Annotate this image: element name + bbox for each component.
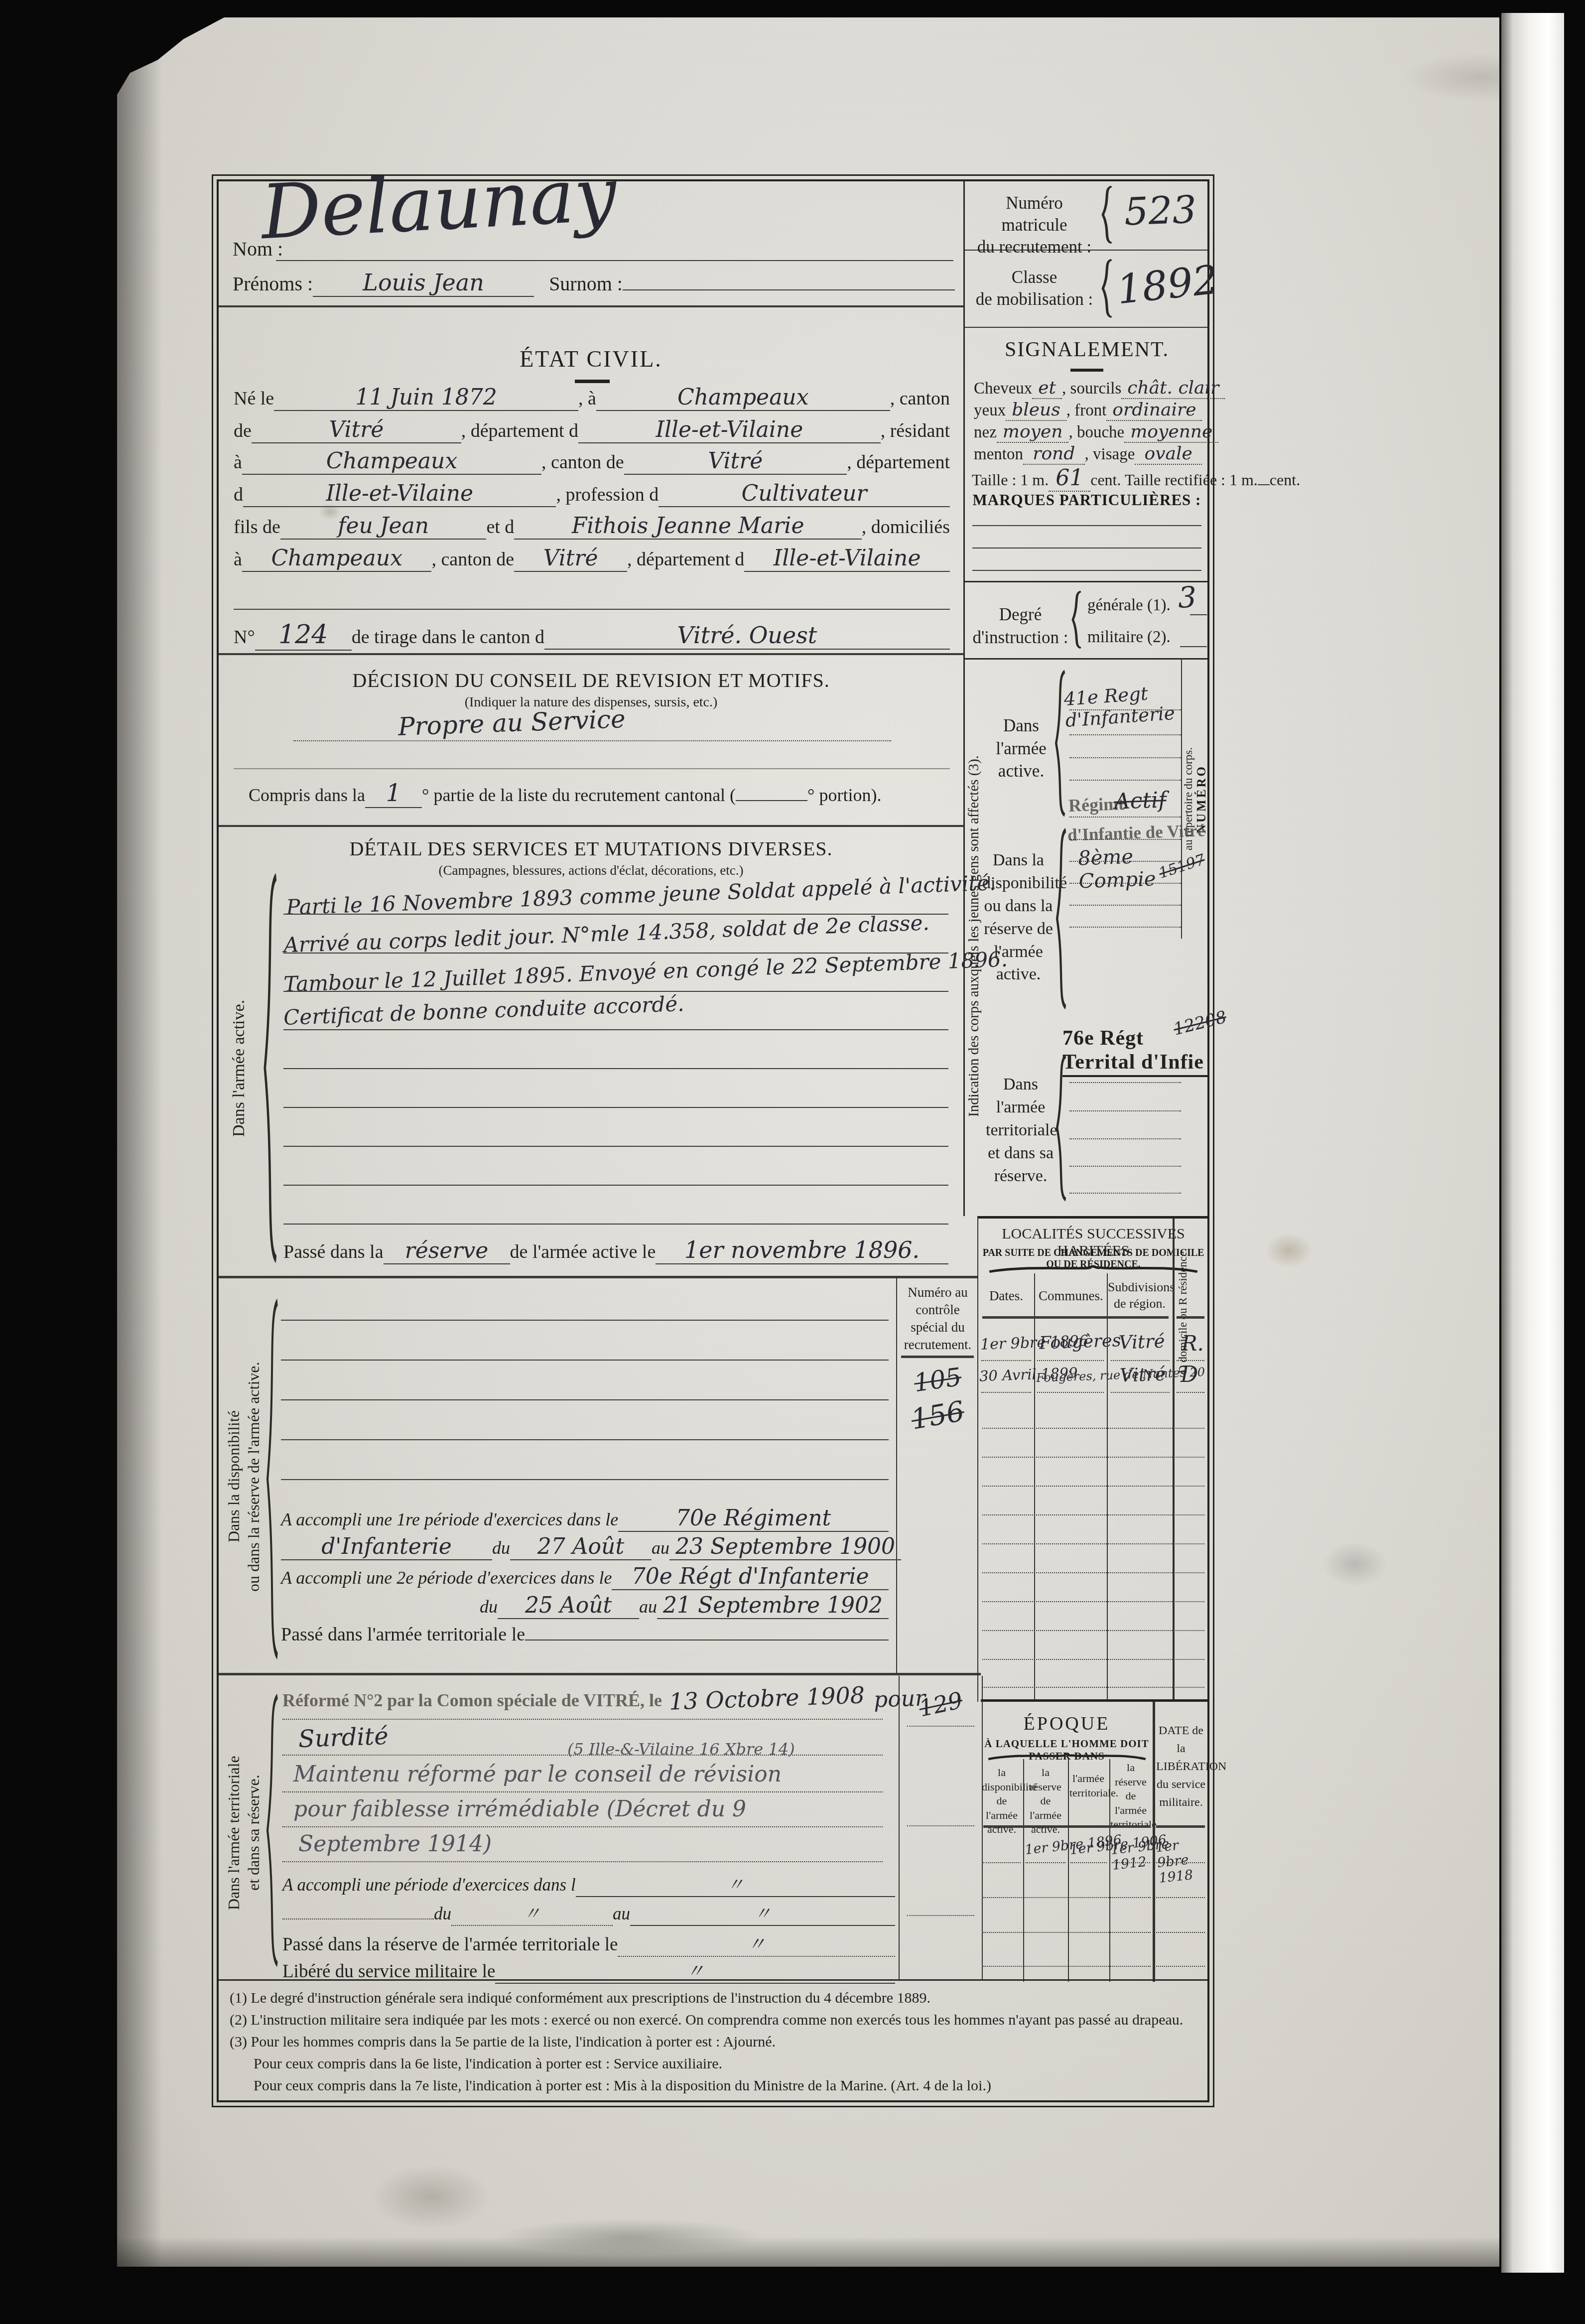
ruled-line (1111, 1360, 1170, 1361)
field-label: , résidant (881, 420, 950, 442)
ruled-line (1180, 646, 1207, 647)
periode2-start: 25 Août (498, 1593, 639, 1619)
field-label: , département d (461, 420, 578, 442)
blank-line: 〃 (451, 1900, 613, 1926)
passe-reserve-row: Passé dans la réserve de l'armée active … (283, 1236, 948, 1264)
mother-name: Fithois Jeanne Marie (514, 513, 861, 540)
etat-civil-line: de Vitré , département d Ille-et-Vilaine… (234, 417, 950, 443)
blank-line: 〃 (630, 1900, 895, 1926)
periode2-end: 21 Septembre 1902 (657, 1593, 889, 1619)
col-subdiv-header: Subdivisions de région. (1108, 1279, 1172, 1312)
scan-background: { "header":{"nom_label":"Nom :","nom_val… (0, 0, 1585, 2324)
epoque-date-header: DATE de la LIBÉRATION du service militai… (1156, 1722, 1206, 1811)
parents-domicile: Champeaux (242, 546, 432, 572)
ruled-line (1069, 817, 1181, 818)
stain (501, 2219, 760, 2254)
ruled-line (982, 1428, 1204, 1429)
right-column: Numéro matriculedu recrutement : 523 Cla… (963, 181, 1209, 1216)
ruled-line (282, 1791, 883, 1792)
periode2-row: A accompli une 2e période d'exercices da… (281, 1564, 889, 1590)
terr-vlabel-2: et dans sa réserve. (245, 1701, 263, 1965)
ruled-line (907, 1825, 974, 1826)
field-label: ° partie de la liste du recrutement cant… (422, 785, 736, 806)
epoque-col3-header: l'armée territoriale. (1069, 1772, 1107, 1800)
field-label: de l'armée active le (510, 1241, 656, 1263)
corps-terr-label: Dans l'armée territoriale et dans sa rés… (986, 1073, 1056, 1187)
height-label: Taille : 1 m. (972, 471, 1049, 489)
ruled-line (1069, 757, 1181, 758)
field-value: moyen (997, 421, 1069, 443)
ruled-line (1112, 1862, 1150, 1863)
birth-date: 11 Juin 1872 (274, 385, 578, 411)
section-separator (219, 653, 963, 655)
compris-row: Compris dans la 1 ° partie de la liste d… (249, 779, 941, 808)
reforme-maintenu-1: Maintenu réformé par le conseil de révis… (293, 1762, 782, 1787)
ruled-line (1156, 1932, 1205, 1933)
field-label: , canton de (431, 548, 514, 570)
field-label: fils de (234, 516, 280, 538)
ruled-line (1037, 1360, 1104, 1361)
section-separator (219, 1673, 981, 1675)
field-label: , département (847, 451, 950, 473)
book-page-edge (1501, 13, 1564, 2273)
field-value: ovale (1135, 443, 1202, 465)
birth-place: Champeaux (596, 385, 890, 411)
blank-line: 〃 (576, 1871, 895, 1897)
column-divider (1023, 1759, 1024, 1982)
ruled-line (982, 1572, 1204, 1573)
etat-civil-line: à Champeaux , canton de Vitré , départem… (234, 448, 950, 475)
field-label: au (652, 1537, 669, 1558)
brace-icon (1100, 259, 1113, 318)
field-label: , canton de (541, 451, 624, 473)
ruled-line (1156, 1897, 1205, 1898)
ruled-line (981, 1360, 1031, 1361)
ruled-line (234, 768, 950, 769)
field-label: , domiciliés (862, 516, 950, 538)
signalement-row: Cheveux et , sourcils chât. clair (974, 378, 1202, 399)
ruled-line (1156, 1862, 1205, 1863)
ruled-line (981, 1392, 1031, 1393)
periode2-dates-row: du 25 Août au 21 Septembre 1902 (281, 1593, 889, 1619)
birth-dept: Ille-et-Vilaine (578, 417, 881, 443)
ruled-line (1069, 709, 1181, 710)
ruled-line (1190, 614, 1207, 615)
ruled-line (1069, 927, 1181, 928)
ruled-line (1069, 905, 1181, 906)
ruled-line (983, 1966, 1151, 1967)
tirage-text: de tirage dans le canton d (352, 626, 544, 648)
brace-icon (1070, 590, 1082, 649)
residence-dept: Ille-et-Vilaine (243, 481, 556, 507)
ruled-line (982, 1457, 1204, 1458)
brace-icon (262, 869, 278, 1267)
ruled-line (283, 1068, 948, 1069)
etat-civil-title: ÉTAT CIVIL. (219, 346, 963, 372)
signalement-row: nez moyen , bouche moyenne (974, 421, 1202, 443)
instruction-military: militaire (2). (1087, 628, 1171, 647)
field-label: du (480, 1596, 498, 1617)
field-label: nez (974, 423, 997, 442)
brace-icon (264, 1691, 279, 1970)
ruled-line (1177, 1360, 1204, 1361)
ruled-line (281, 1360, 889, 1361)
localite-subdiv: Vitré (1119, 1363, 1166, 1386)
ruled-line (972, 525, 1201, 526)
ruled-line (1177, 1392, 1204, 1393)
reserve-date: 1er novembre 1896. (656, 1236, 948, 1264)
ruled-line (982, 1543, 1204, 1544)
epoque-value-liberation: 1er 9bre 1918 (1155, 1835, 1209, 1886)
footnote-5: Pour ceux compris dans la 7e liste, l'in… (254, 2077, 1195, 2094)
ruled-line (283, 991, 948, 992)
footnote-2: (2) L'instruction militaire sera indiqué… (230, 2012, 1196, 2029)
title-dash (1070, 369, 1103, 372)
periode1-regiment-2: d'Infanterie (281, 1534, 492, 1560)
residence-canton: Vitré (624, 448, 847, 475)
ruled-line (281, 1399, 889, 1400)
instruction-label: Degréd'instruction : (972, 603, 1069, 649)
tirage-number: 124 (255, 620, 352, 651)
footnotes-section: (1) Le degré d'instruction générale sera… (219, 1979, 1207, 2102)
ruled-line (282, 1861, 883, 1862)
field-label: Cheveux (974, 380, 1032, 398)
section-separator (219, 825, 963, 827)
brace-icon (1055, 1053, 1067, 1203)
section-separator (219, 1276, 977, 1278)
raye-number: 129 (898, 1682, 984, 1726)
header-rule (982, 1316, 1169, 1319)
raye-column: 129 (899, 1676, 983, 1979)
field-label: Né le (234, 388, 274, 410)
epoque-section: ÉPOQUE À LAQUELLE L'HOMME DOIT PASSER DA… (981, 1699, 1207, 1982)
paper-bottom-shadow (117, 2237, 1499, 2267)
instruction-general: générale (1). (1087, 596, 1171, 615)
field-label: ° portion). (807, 785, 881, 806)
birth-canton: Vitré (252, 417, 461, 443)
ruled-line (972, 547, 1201, 548)
field-label: , département d (627, 548, 744, 570)
localite-commune: Fougères (1039, 1331, 1121, 1354)
classe-box: Classede mobilisation : 1892 (965, 251, 1209, 328)
field-label: , visage (1085, 445, 1135, 464)
field-label: Passé dans la (283, 1241, 384, 1263)
reforme-note: (5 Ille-&-Vilaine 16 Xbre 14) (567, 1740, 795, 1759)
periode1-row: A accompli une 1re période d'exercices d… (281, 1505, 889, 1532)
field-value: chât. clair (1121, 378, 1225, 399)
periode1-regiment: 70e Régiment (618, 1505, 889, 1532)
reserve-word: réserve (384, 1238, 510, 1264)
ruled-line (907, 1915, 974, 1916)
name-line (276, 260, 953, 261)
terr-passe-row: Passé dans la réserve de l'armée territo… (282, 1929, 895, 1957)
footnote-1: (1) Le degré d'instruction générale sera… (230, 1990, 1196, 2007)
ruled-line (982, 1630, 1204, 1631)
field-label: et d (486, 516, 514, 538)
paper-left-shadow (117, 17, 162, 2267)
field-label: A accompli une période d'exercices dans … (282, 1875, 576, 1895)
surname-label: Surnom : (549, 272, 623, 295)
ruled-line (983, 1932, 1151, 1933)
ruled-line (234, 609, 950, 610)
matricule-value: 523 (1123, 187, 1197, 234)
field-label: , bouche (1068, 423, 1124, 442)
ruled-line (982, 1486, 1204, 1487)
services-entry: Arrivé au corps ledit jour. N°mle 14.358… (283, 910, 930, 957)
etat-civil-line: fils de feu Jean et d Fithois Jeanne Mar… (234, 513, 950, 540)
blank-line (282, 1918, 434, 1919)
header-rule (983, 1825, 1151, 1828)
dispo-vlabel-2: ou dans la réserve de l'armée active. (245, 1302, 263, 1651)
decision-title: DÉCISION DU CONSEIL DE REVISION ET MOTIF… (219, 669, 963, 692)
reforme-stamp: Réformé N°2 par la Comon spéciale de VIT… (282, 1690, 662, 1711)
portion-blank (736, 800, 807, 801)
ruled-line (1069, 1110, 1181, 1111)
field-label: menton (974, 445, 1023, 464)
col-dates-header: Dates. (978, 1288, 1034, 1304)
corps-section: Indication des corps auxquels les jeunes… (965, 658, 1209, 1218)
localite-dr: D (1181, 1362, 1198, 1387)
field-value: ordinaire (1106, 400, 1202, 421)
field-label: à (234, 451, 242, 473)
column-divider (1068, 1759, 1069, 1982)
armee-active-vlabel: Dans l'armée active. (230, 879, 249, 1257)
swash-icon (987, 1263, 1199, 1273)
ruled-line (1069, 734, 1181, 735)
signalement-section: SIGNALEMENT. Cheveux et , sourcils chât.… (965, 327, 1209, 581)
periode2-regiment: 70e Régt d'Infanterie (612, 1564, 889, 1590)
swash-icon (987, 1752, 1147, 1761)
field-label: d (234, 484, 243, 506)
stain (371, 2165, 491, 2229)
field-value: moyenne (1124, 421, 1218, 443)
periode1-dates-row: d'Infanterie du 27 Août au 23 Septembre … (281, 1534, 889, 1560)
ruled-line (283, 1224, 948, 1225)
stain (1265, 1233, 1313, 1268)
tirage-canton: Vitré. Ouest (544, 622, 950, 650)
field-label: A accompli une 1re période d'exercices d… (281, 1509, 618, 1530)
firstnames-row: Prénoms : Louis Jean Surnom : (233, 269, 955, 297)
ruled-line (982, 1687, 1204, 1688)
services-title: DÉTAIL DES SERVICES ET MUTATIONS DIVERSE… (219, 837, 963, 860)
ruled-line (982, 1659, 1204, 1660)
header-rule (1177, 1316, 1204, 1319)
ruled-line (983, 1862, 1021, 1863)
classe-label: Classede mobilisation : (971, 267, 1098, 310)
header-separator (219, 305, 963, 307)
ruled-line (1069, 1082, 1181, 1083)
father-name: feu Jean (280, 513, 486, 540)
marks-label: MARQUES PARTICULIÈRES : (965, 491, 1209, 509)
corps-active-label: Dans l'armée active. (991, 714, 1052, 783)
localite-subdiv: Vitré (1118, 1330, 1165, 1353)
ruled-line (1026, 1862, 1065, 1863)
matricule-box: Numéro matriculedu recrutement : 523 (965, 181, 1209, 251)
classe-value: 1892 (1115, 257, 1220, 313)
etat-civil-line: à Champeaux , canton de Vitré , départem… (234, 546, 950, 572)
ruled-line (281, 1479, 889, 1480)
field-label: du (434, 1904, 451, 1924)
localites-section: LOCALITÉS SUCCESSIVES HABITÉES PAR SUITE… (977, 1216, 1208, 1702)
etat-civil-line: d Ille-et-Vilaine , profession d Cultiva… (234, 481, 950, 507)
epoque-col4-header: la réserve de l'armée territoriale. (1110, 1761, 1151, 1832)
field-label: , canton (890, 388, 950, 410)
field-label: , sourcils (1062, 380, 1121, 398)
ruled-line (1069, 780, 1181, 781)
ruled-line (1069, 1138, 1181, 1139)
ruled-line (972, 570, 1201, 571)
ruled-line (283, 1107, 948, 1108)
field-label: du (492, 1537, 510, 1558)
blank-line: 〃 (618, 1929, 895, 1957)
field-label: au (639, 1596, 657, 1617)
parents-canton: Vitré (514, 546, 627, 572)
field-label: Passé dans l'armée territoriale le (281, 1624, 525, 1645)
parents-dept: Ille-et-Vilaine (744, 546, 950, 572)
signalement-row: yeux bleus , front ordinaire (974, 400, 1202, 421)
torn-corner (117, 17, 224, 95)
ruled-line (283, 1146, 948, 1147)
name-value: Delaunay (259, 151, 619, 256)
field-label: yeux (974, 402, 1006, 420)
ruled-line (1156, 1966, 1205, 1967)
periode1-start: 27 Août (510, 1534, 652, 1560)
blank-line (525, 1640, 889, 1640)
column-divider (1109, 1759, 1110, 1982)
field-value: bleus (1006, 400, 1066, 421)
instruction-general-value: 3 (1178, 580, 1197, 614)
footnote-3: (3) Pour les hommes compris dans la 5e p… (230, 2034, 1196, 2051)
title-dash (575, 380, 610, 383)
ruled-line (1111, 1392, 1170, 1393)
ruled-line (282, 1719, 883, 1720)
passe-territoriale-row: Passé dans l'armée territoriale le (281, 1624, 889, 1645)
periode1-end: 23 Septembre 1900 (669, 1534, 901, 1560)
reforme-maintenu-2: pour faiblesse irrémédiable (Décret du 9 (293, 1796, 746, 1822)
brace-icon (1100, 185, 1113, 244)
height-rect-label: cent. Taille rectifiée : 1 m. (1090, 471, 1258, 489)
dispo-vlabel-1: Dans la disponibilité (225, 1302, 243, 1651)
services-entry: Tambour le 12 Juillet 1895. Envoyé en co… (283, 947, 1008, 997)
ruled-line (281, 1439, 889, 1440)
matricule-form: Nom : Delaunay Prénoms : Louis Jean Surn… (217, 179, 1209, 2102)
ruled-line (982, 1514, 1204, 1515)
epoque-title: ÉPOQUE (981, 1713, 1153, 1735)
field-label: , profession d (556, 484, 659, 506)
field-label: Compris dans la (249, 785, 365, 806)
surname-blank (623, 289, 955, 290)
matricule-label: Numéro matriculedu recrutement : (971, 192, 1098, 258)
field-value: et (1032, 378, 1062, 399)
ruled-line (901, 1356, 974, 1358)
field-label: à (234, 548, 242, 570)
ruled-line (281, 1320, 889, 1321)
signalement-title: SIGNALEMENT. (965, 338, 1209, 362)
actif-crossed: Actif (1114, 787, 1167, 815)
height-rect-blank (1258, 484, 1270, 485)
reforme-row: Réformé N°2 par la Comon spéciale de VIT… (282, 1685, 895, 1712)
reforme-motif: Surdité (298, 1722, 389, 1753)
terr-accompli-row: A accompli une période d'exercices dans … (282, 1871, 895, 1897)
etat-civil-line: Né le 11 Juin 1872 , à Champeaux , canto… (234, 385, 950, 411)
field-label: , front (1066, 402, 1107, 420)
ruled-line (1069, 861, 1181, 862)
field-label: Passé dans la réserve de l'armée territo… (282, 1934, 618, 1955)
ruled-line (1070, 1862, 1107, 1863)
ruled-line (283, 1185, 948, 1186)
field-label: au (613, 1904, 630, 1924)
controle-column: Numéro au contrôle spécial du recrutemen… (896, 1276, 978, 1673)
stain (1322, 1542, 1387, 1587)
field-label: , à (578, 388, 596, 410)
column-divider (1173, 1219, 1175, 1702)
reforme-maintenu-3: Septembre 1914) (298, 1831, 492, 1857)
localite-dr: R. (1182, 1331, 1204, 1356)
ruled-line (283, 1029, 948, 1030)
controle-number-crossed: 156 (895, 1392, 981, 1438)
height-unit: cent. (1270, 471, 1300, 489)
instruction-section: Degréd'instruction : générale (1). 3 mil… (965, 581, 1209, 660)
firstnames-value: Louis Jean (313, 269, 534, 297)
brace-icon (1055, 826, 1067, 1011)
field-label: de (234, 420, 252, 442)
profession: Cultivateur (659, 481, 950, 507)
document-page: Nom : Delaunay Prénoms : Louis Jean Surn… (117, 17, 1499, 2267)
ruled-line (983, 1897, 1151, 1898)
ruled-line (907, 1726, 974, 1727)
tirage-row: N° 124 de tirage dans le canton d Vitré.… (234, 620, 950, 651)
field-label: A accompli une 2e période d'exercices da… (281, 1567, 612, 1588)
corps-indication-vlabel: Indication des corps auxquels les jeunes… (966, 675, 982, 1198)
tirage-label: N° (234, 626, 255, 648)
ruled-line (1069, 839, 1181, 840)
ruled-line (282, 1826, 883, 1827)
height-value: 61 (1049, 465, 1090, 492)
ruled-line (1069, 883, 1181, 884)
residence: Champeaux (242, 448, 541, 475)
liste-number: 1 (365, 779, 422, 808)
ruled-line (293, 740, 891, 741)
footnote-4: Pour ceux compris dans la 6e liste, l'in… (254, 2055, 1195, 2072)
header-rule (1156, 1825, 1205, 1828)
controle-header: Numéro au contrôle spécial du recrutemen… (899, 1284, 976, 1354)
terr-vlabel-1: Dans l'armée territoriale (225, 1701, 243, 1965)
signalement-row: menton rond , visage ovale (974, 443, 1202, 465)
ruled-line (1069, 1166, 1181, 1167)
terr-dates-row: du 〃 au 〃 (282, 1900, 895, 1926)
brace-icon (264, 1295, 279, 1663)
services-entry: Certificat de bonne conduite accordé. (283, 991, 684, 1030)
reforme-date: 13 Octobre 1908 (668, 1681, 865, 1715)
col-communes-header: Communes. (1035, 1288, 1107, 1304)
ruled-line (1037, 1392, 1104, 1393)
height-row: Taille : 1 m. 61 cent. Taille rectifiée … (972, 465, 1202, 492)
field-value: rond (1023, 443, 1085, 465)
firstnames-label: Prénoms : (233, 272, 313, 295)
ruled-line (1069, 1193, 1181, 1194)
ruled-line (982, 1601, 1204, 1602)
